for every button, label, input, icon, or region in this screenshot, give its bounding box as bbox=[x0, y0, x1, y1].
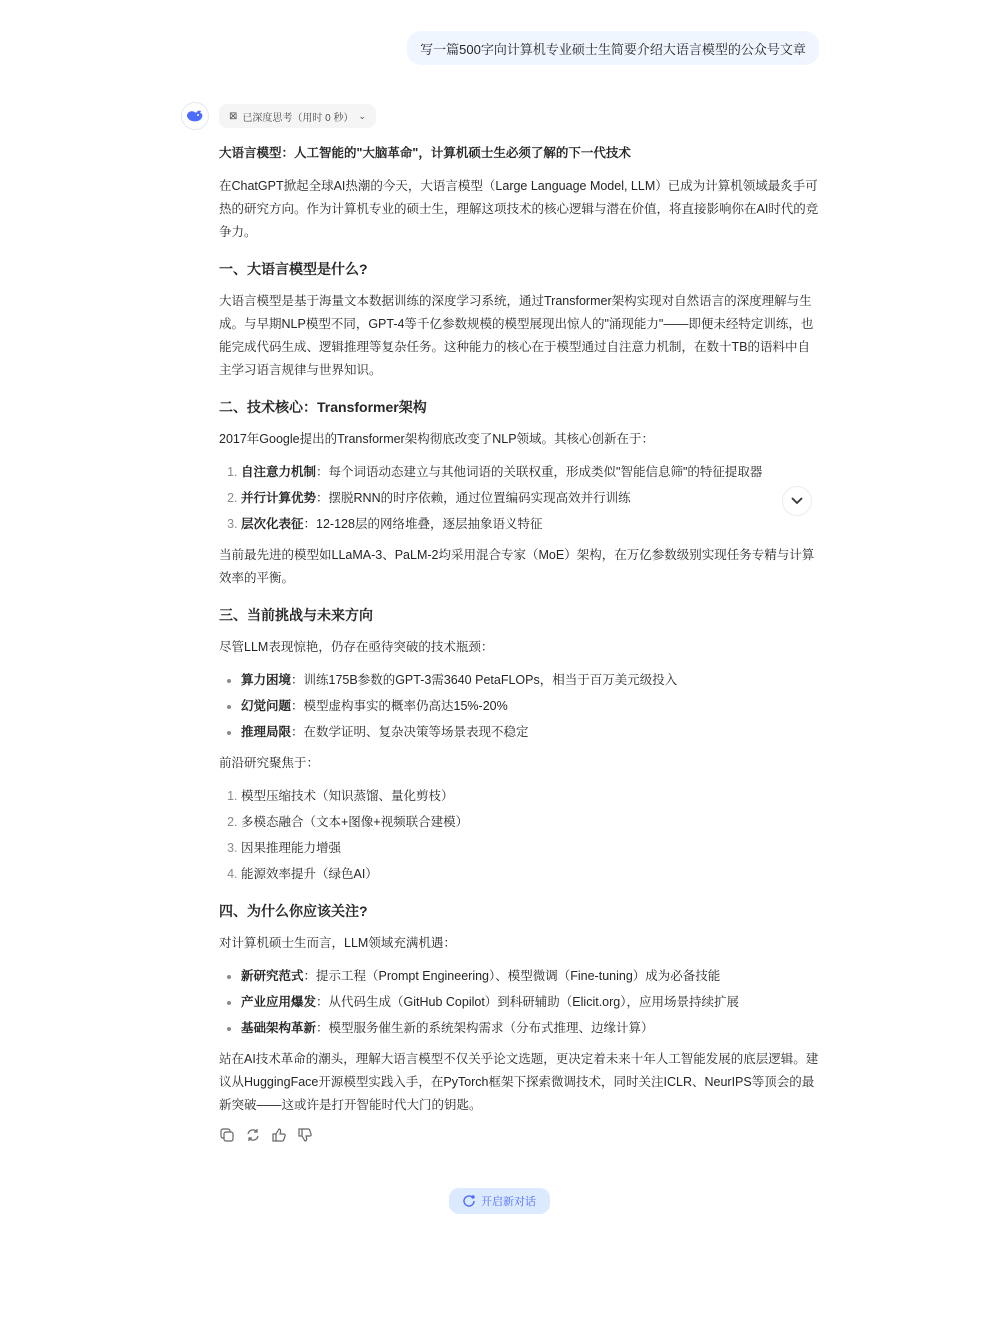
section-1-body: 大语言模型是基于海量文本数据训练的深度学习系统，通过Transformer架构实… bbox=[219, 290, 819, 382]
item-text: ：12-128层的网络堆叠，逐层抽象语义特征 bbox=[304, 517, 543, 531]
new-chat-label: 开启新对话 bbox=[481, 1193, 536, 1209]
item-bold: 推理局限 bbox=[241, 725, 291, 739]
list-item: 模型压缩技术（知识蒸馏、量化剪枝） bbox=[241, 785, 819, 808]
list-item: 多模态融合（文本+图像+视频联合建模） bbox=[241, 811, 819, 834]
list-item: 算力困境：训练175B参数的GPT-3需3640 PetaFLOPs，相当于百万… bbox=[241, 669, 819, 692]
focus-list: 模型压缩技术（知识蒸馏、量化剪枝） 多模态融合（文本+图像+视频联合建模） 因果… bbox=[219, 785, 819, 886]
conclusion-paragraph: 站在AI技术革命的潮头，理解大语言模型不仅关乎论文选题，更决定着未来十年人工智能… bbox=[219, 1048, 819, 1117]
list-item: 因果推理能力增强 bbox=[241, 837, 819, 860]
item-bold: 新研究范式 bbox=[241, 969, 304, 983]
scroll-down-button[interactable] bbox=[782, 486, 812, 516]
list-item: 层次化表征：12-128层的网络堆叠，逐层抽象语义特征 bbox=[241, 513, 819, 536]
regenerate-icon[interactable] bbox=[245, 1127, 261, 1143]
section-2-intro: 2017年Google提出的Transformer架构彻底改变了NLP领域。其核… bbox=[219, 428, 819, 451]
item-bold: 层次化表征 bbox=[241, 517, 304, 531]
challenges-list: 算力困境：训练175B参数的GPT-3需3640 PetaFLOPs，相当于百万… bbox=[219, 669, 819, 744]
user-message-text: 写一篇500字向计算机专业硕士生简要介绍大语言模型的公众号文章 bbox=[420, 39, 806, 58]
chevron-down-icon: ⌄ bbox=[358, 111, 366, 122]
assistant-avatar bbox=[181, 102, 209, 130]
new-chat-button[interactable]: 开启新对话 bbox=[449, 1188, 550, 1214]
message-actions bbox=[219, 1127, 819, 1143]
section-4-intro: 对计算机硕士生而言，LLM领域充满机遇： bbox=[219, 932, 819, 955]
assistant-response: 大语言模型：人工智能的"大脑革命"，计算机硕士生必须了解的下一代技术 在Chat… bbox=[219, 142, 819, 1143]
item-bold: 基础架构革新 bbox=[241, 1021, 316, 1035]
new-chat-icon bbox=[463, 1195, 475, 1207]
thumbs-up-icon[interactable] bbox=[271, 1127, 287, 1143]
item-text: ：从代码生成（GitHub Copilot）到科研辅助（Elicit.org），… bbox=[316, 995, 739, 1009]
list-item: 新研究范式：提示工程（Prompt Engineering）、模型微调（Fine… bbox=[241, 965, 819, 988]
chevron-down-icon bbox=[791, 497, 803, 505]
list-item: 能源效率提升（绿色AI） bbox=[241, 863, 819, 886]
item-bold: 产业应用爆发 bbox=[241, 995, 316, 1009]
thinking-icon: ⊠ bbox=[229, 111, 237, 122]
section-heading-2: 二、技术核心：Transformer架构 bbox=[219, 396, 819, 418]
list-item: 并行计算优势：摆脱RNN的时序依赖，通过位置编码实现高效并行训练 bbox=[241, 487, 819, 510]
item-text: ：摆脱RNN的时序依赖，通过位置编码实现高效并行训练 bbox=[316, 491, 631, 505]
list-item: 幻觉问题：模型虚构事实的概率仍高达15%-20% bbox=[241, 695, 819, 718]
opportunities-list: 新研究范式：提示工程（Prompt Engineering）、模型微调（Fine… bbox=[219, 965, 819, 1040]
section-3-intro: 尽管LLM表现惊艳，仍存在亟待突破的技术瓶颈： bbox=[219, 636, 819, 659]
item-text: ：训练175B参数的GPT-3需3640 PetaFLOPs，相当于百万美元级投… bbox=[291, 673, 677, 687]
list-item: 自注意力机制：每个词语动态建立与其他词语的关联权重，形成类似"智能信息筛"的特征… bbox=[241, 461, 819, 484]
section-heading-1: 一、大语言模型是什么? bbox=[219, 258, 819, 280]
thumbs-down-icon[interactable] bbox=[297, 1127, 313, 1143]
item-bold: 自注意力机制 bbox=[241, 465, 316, 479]
transformer-list: 自注意力机制：每个词语动态建立与其他词语的关联权重，形成类似"智能信息筛"的特征… bbox=[219, 461, 819, 536]
intro-paragraph: 在ChatGPT掀起全球AI热潮的今天，大语言模型（Large Language… bbox=[219, 175, 819, 244]
section-heading-3: 三、当前挑战与未来方向 bbox=[219, 604, 819, 626]
item-bold: 并行计算优势 bbox=[241, 491, 316, 505]
thinking-toggle[interactable]: ⊠ 已深度思考（用时 0 秒） ⌄ bbox=[219, 104, 376, 128]
section-2-outro: 当前最先进的模型如LLaMA-3、PaLM-2均采用混合专家（MoE）架构，在万… bbox=[219, 544, 819, 590]
list-item: 产业应用爆发：从代码生成（GitHub Copilot）到科研辅助（Elicit… bbox=[241, 991, 819, 1014]
section-heading-4: 四、为什么你应该关注? bbox=[219, 900, 819, 922]
item-text: ：每个词语动态建立与其他词语的关联权重，形成类似"智能信息筛"的特征提取器 bbox=[316, 465, 762, 479]
item-text: ：模型服务催生新的系统架构需求（分布式推理、边缘计算） bbox=[316, 1021, 654, 1035]
list-item: 基础架构革新：模型服务催生新的系统架构需求（分布式推理、边缘计算） bbox=[241, 1017, 819, 1040]
item-bold: 算力困境 bbox=[241, 673, 291, 687]
item-text: ：模型虚构事实的概率仍高达15%-20% bbox=[291, 699, 508, 713]
list-item: 推理局限：在数学证明、复杂决策等场景表现不稳定 bbox=[241, 721, 819, 744]
focus-intro: 前沿研究聚焦于： bbox=[219, 752, 819, 775]
deepseek-whale-icon bbox=[186, 109, 204, 123]
copy-icon[interactable] bbox=[219, 1127, 235, 1143]
article-title: 大语言模型：人工智能的"大脑革命"，计算机硕士生必须了解的下一代技术 bbox=[219, 142, 819, 165]
item-text: ：在数学证明、复杂决策等场景表现不稳定 bbox=[291, 725, 529, 739]
item-bold: 幻觉问题 bbox=[241, 699, 291, 713]
item-text: ：提示工程（Prompt Engineering）、模型微调（Fine-tuni… bbox=[304, 969, 721, 983]
user-message-bubble: 写一篇500字向计算机专业硕士生简要介绍大语言模型的公众号文章 bbox=[407, 31, 819, 65]
thinking-label: 已深度思考（用时 0 秒） bbox=[242, 109, 353, 124]
